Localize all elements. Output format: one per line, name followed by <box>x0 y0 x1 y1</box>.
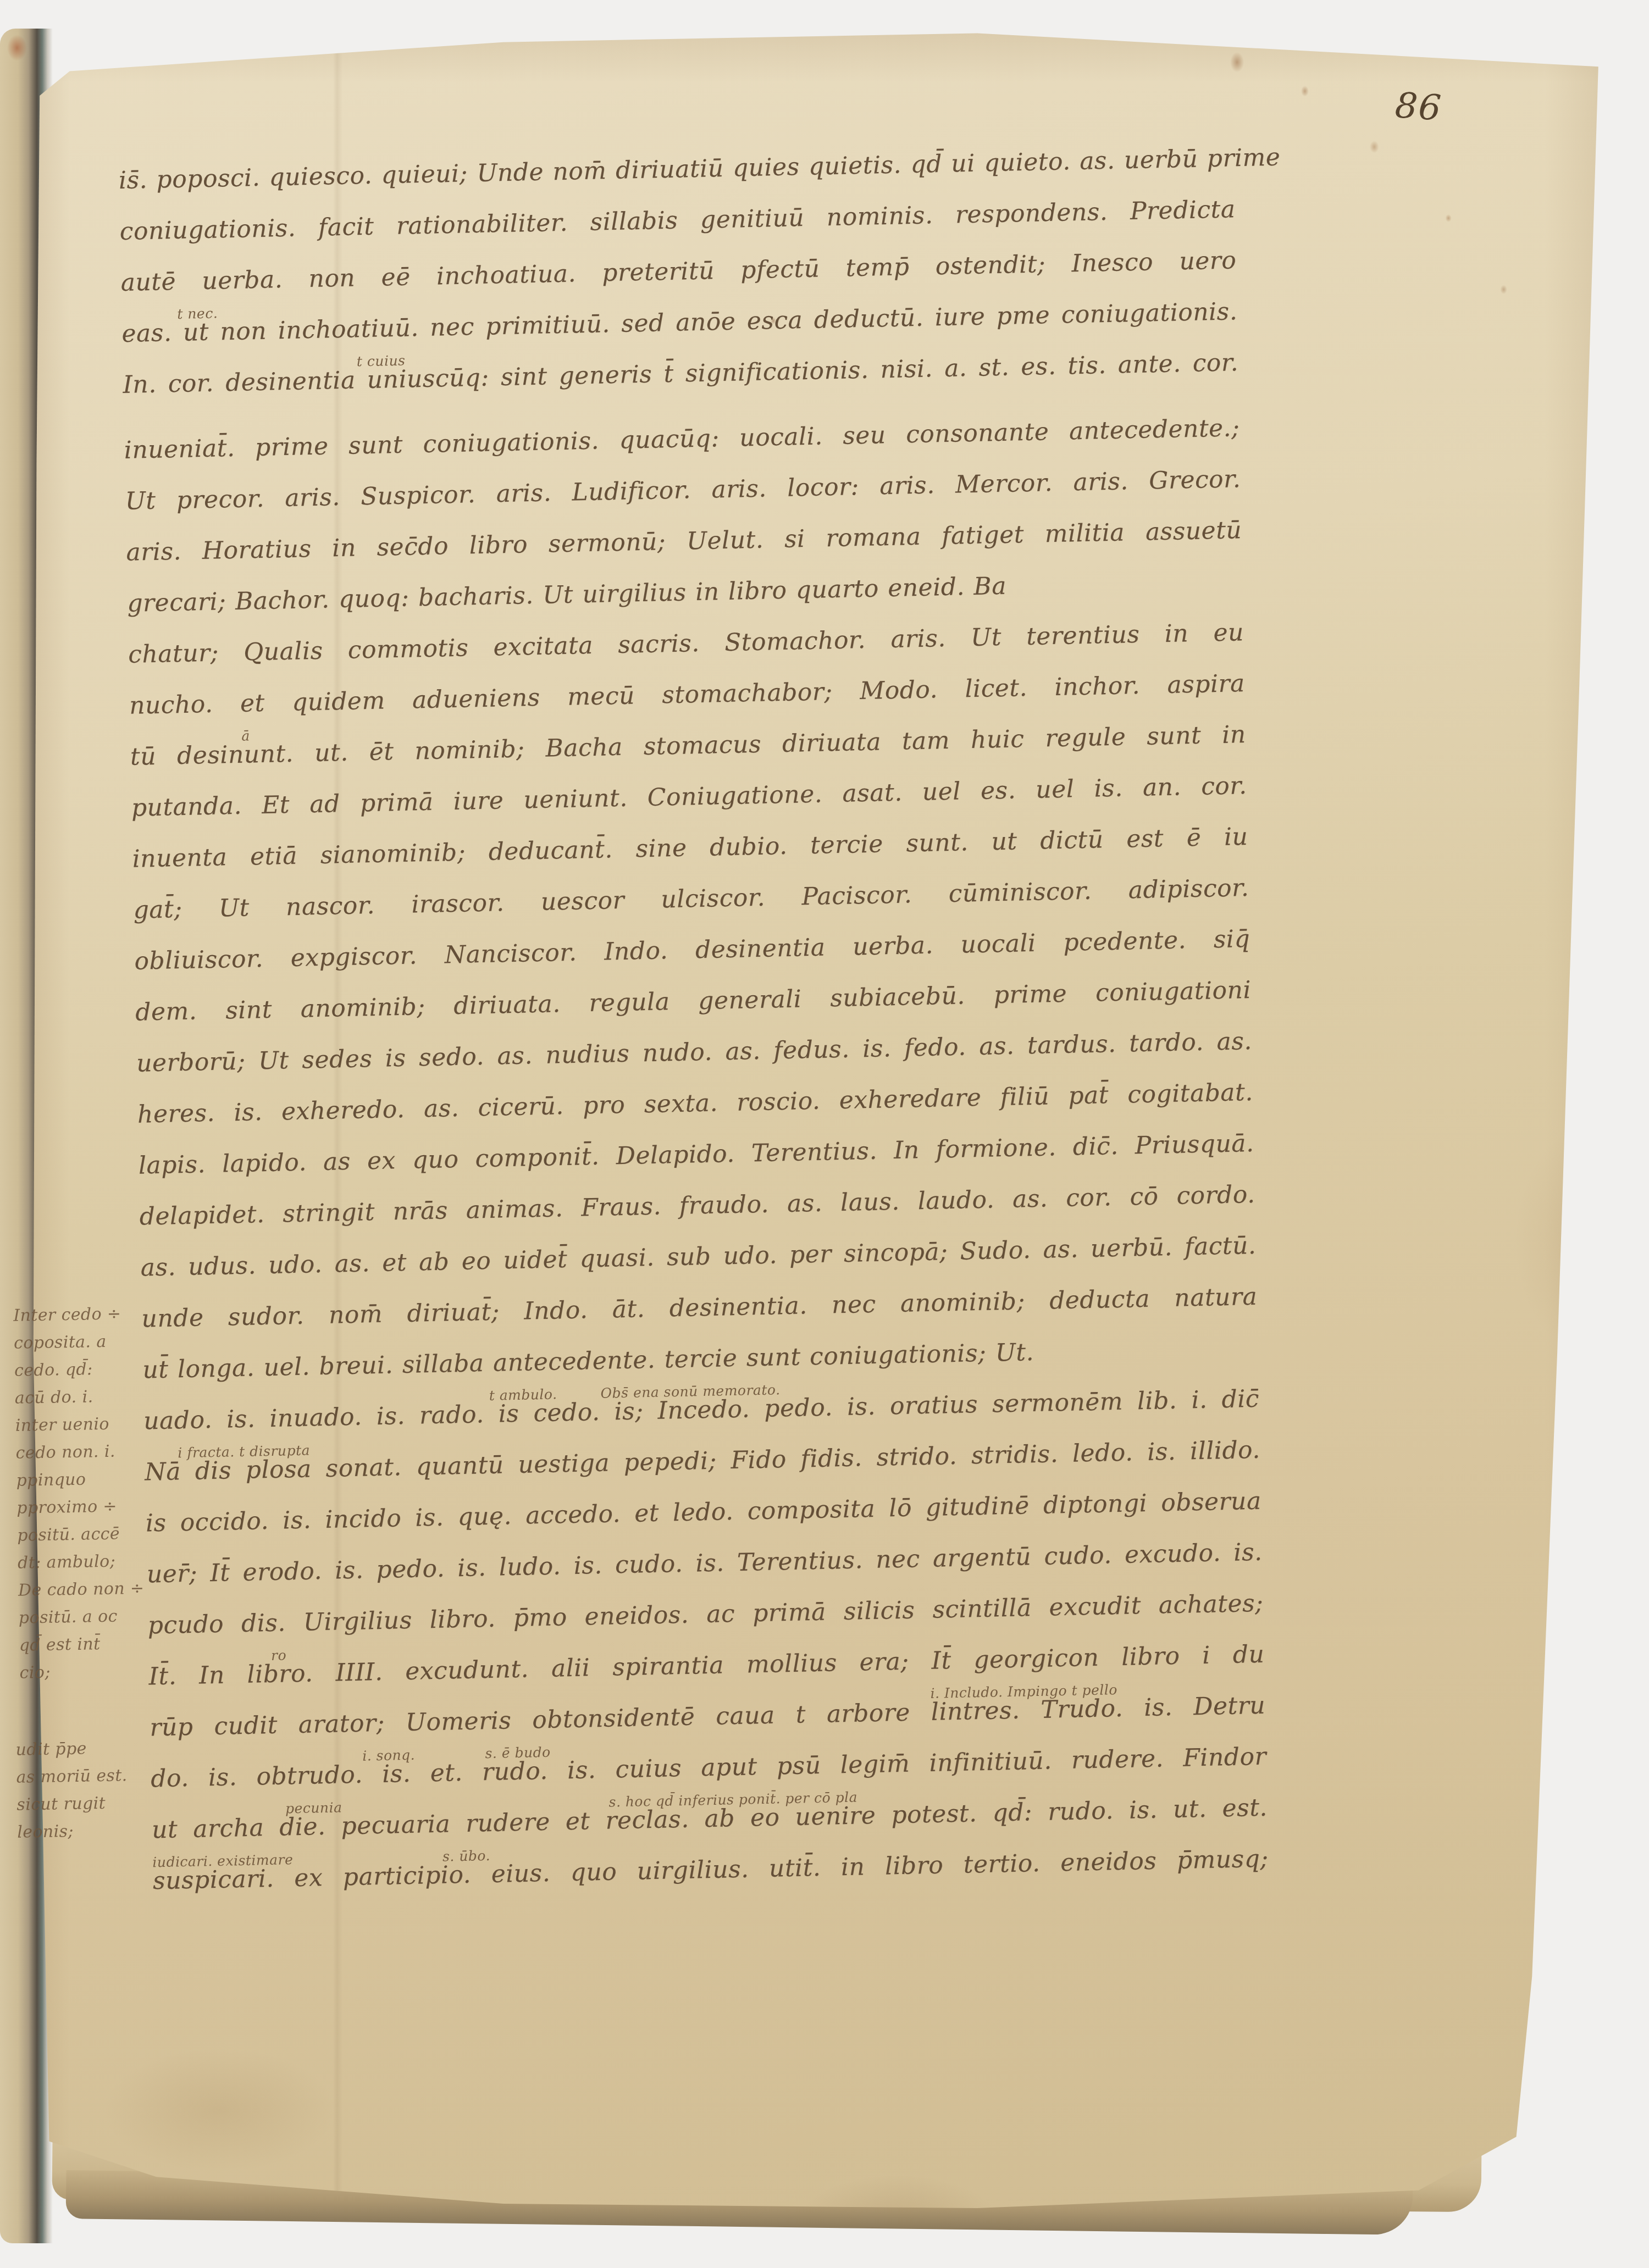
margin-note-line: dt: ambulo; <box>18 1548 131 1577</box>
margin-note-line: sicut rugit <box>16 1789 130 1819</box>
binding-thread <box>3 30 31 66</box>
margin-note-line: positū. a oc <box>19 1602 132 1632</box>
interlinear-gloss: t nec. <box>177 306 218 320</box>
interlinear-gloss: s. ūbo. <box>442 1849 490 1864</box>
interlinear-gloss: iudicari. existimare <box>152 1853 293 1869</box>
margin-note-line: ppinquo <box>16 1465 129 1495</box>
manuscript-photo: 86 is̄. poposci. quiesco. quieui; Unde n… <box>0 0 1649 2268</box>
margin-note-line: acū do. i. <box>15 1383 128 1412</box>
margin-note-line: leonis; <box>17 1817 130 1846</box>
interlinear-gloss: s. ē budo <box>485 1745 551 1760</box>
margin-notes-lower: udit p̄peas moriū est.sicut rugitleonis; <box>15 1734 130 1846</box>
interlinear-gloss: t cuius <box>357 354 406 369</box>
interlinear-gloss: pecunia <box>285 1800 342 1815</box>
margin-note-line: cio; <box>19 1657 132 1687</box>
margin-notes-upper: Inter cedo ÷coposita. acedo. qd̄:acū do.… <box>13 1300 132 1687</box>
margin-note-line: cedo. qd̄: <box>14 1355 128 1385</box>
margin-note-line: udit p̄pe <box>15 1734 129 1764</box>
margin-note-line: De cado non ÷ <box>18 1575 131 1605</box>
interlinear-gloss: i fracta. t disrupta <box>178 1443 310 1460</box>
interlinear-gloss: ro <box>271 1648 287 1662</box>
main-text-block: is̄. poposci. quiesco. quieui; Unde nom̄… <box>118 132 1269 1906</box>
margin-note-line: coposita. a <box>14 1328 127 1357</box>
interlinear-gloss: i. sonq. <box>362 1748 415 1763</box>
interlinear-gloss: t ambulo. <box>489 1387 557 1402</box>
margin-note-line: Inter cedo ÷ <box>13 1300 126 1330</box>
margin-note-line: qd̄ est int̄ <box>19 1630 132 1660</box>
margin-note-line: cedo non. i. <box>15 1438 129 1467</box>
interlinear-gloss: Obs̄ ena sonū memorato. <box>600 1383 780 1400</box>
margin-note-line: inter uenio <box>15 1410 128 1440</box>
margin-note-line: pproximo ÷ <box>16 1493 130 1522</box>
margin-note-line: positū. accē <box>17 1520 130 1550</box>
interlinear-gloss: ā <box>241 729 250 742</box>
margin-note-line: as moriū est. <box>16 1762 129 1792</box>
interlinear-gloss: i. Includo. Impingo t pello <box>930 1683 1117 1700</box>
folio-number: 86 <box>1394 85 1443 129</box>
